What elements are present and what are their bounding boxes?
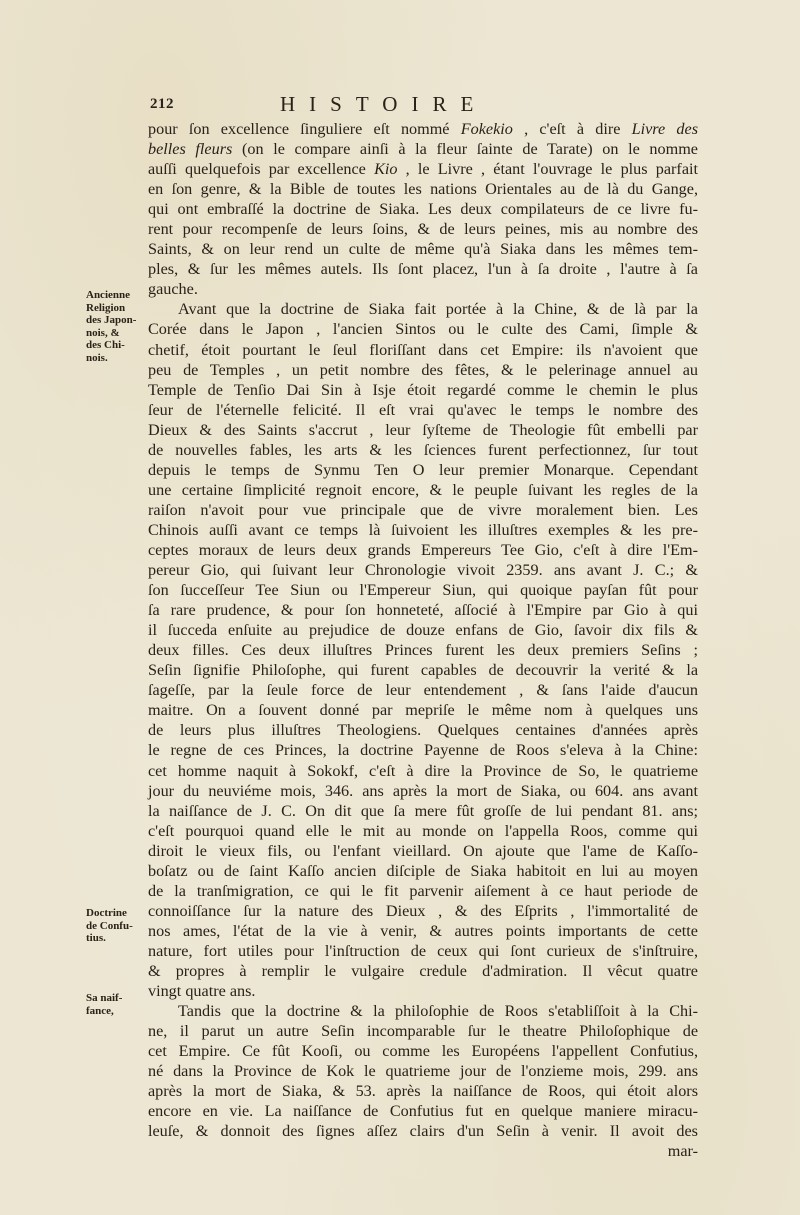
text-line: belles fleurs (on le compare ainſi à la … — [148, 139, 698, 159]
text-line: leuſe, & donnoit des ſignes aſſez clairs… — [148, 1121, 698, 1141]
text-segment: ples, & ſur les mêmes autels. Ils ſont p… — [148, 260, 698, 278]
text-line: Avant que la doctrine de Siaka fait port… — [148, 299, 698, 319]
text-segment: ne, il parut un autre Seſin incomparable… — [148, 1022, 698, 1040]
text-segment: Temple de Tenſio Dai Sin à Isje étoit re… — [148, 381, 698, 399]
text-line: c'eſt pourquoi quand elle le mit au mond… — [148, 821, 698, 841]
text-segment: Avant que la doctrine de Siaka fait port… — [178, 300, 698, 318]
text-segment: boſatz ou de ſaint Kaſſo ancien diſciple… — [148, 862, 698, 880]
text-segment: deux filles. Ces deux illuſtres Princes … — [148, 641, 698, 659]
text-line: rent pour recompenſe de leurs ſoins, & d… — [148, 219, 698, 239]
text-segment: maitre. On a ſouvent donné par mepriſe l… — [148, 701, 698, 719]
margin-note-line: fance, — [86, 1005, 142, 1018]
text-line: maitre. On a ſouvent donné par mepriſe l… — [148, 700, 698, 720]
text-segment: diroit le vieux fils, ou l'enfant vieill… — [148, 842, 698, 860]
text-line: il ſucceda enſuite au prejudice de douze… — [148, 620, 698, 640]
text-segment: Saints, & on leur rend un culte de même … — [148, 240, 698, 258]
text-line: connoiſſance ſur la nature des Dieux , &… — [148, 901, 698, 921]
text-line: deux filles. Ces deux illuſtres Princes … — [148, 640, 698, 660]
text-line: de la tranſmigration, ce qui le fit parv… — [148, 881, 698, 901]
text-line: boſatz ou de ſaint Kaſſo ancien diſciple… — [148, 861, 698, 881]
italic-text: Livre des — [632, 120, 698, 138]
text-line: pereur Gio, qui ſuivant leur Chronologie… — [148, 560, 698, 580]
text-segment: ſageſſe, par la ſeule force de leur ente… — [148, 681, 698, 699]
margin-note-line: nois, & — [86, 327, 142, 340]
text-line: Seſin ſignifie Philoſophe, qui furent ca… — [148, 660, 698, 680]
book-page: 212 HISTOIRE Ancienne Religion des Japon… — [0, 0, 800, 1215]
body-text: pour ſon excellence ſinguliere eſt nommé… — [148, 119, 698, 1161]
text-line: nature, fort utiles pour l'inſtruction d… — [148, 941, 698, 961]
text-segment: Dieux & des Saints s'accrut , leur ſyſte… — [148, 421, 698, 439]
text-segment: Chinois auſſi avant ce temps là ſuivoien… — [148, 521, 698, 539]
text-line: ſa rare prudence, & pour ſon honneteté, … — [148, 600, 698, 620]
text-line: peu de Temples , un petit nombre des fêt… — [148, 360, 698, 380]
text-line: Tandis que la doctrine & la philoſophie … — [148, 1001, 698, 1021]
catchword: mar- — [148, 1141, 698, 1161]
text-line: Chinois auſſi avant ce temps là ſuivoien… — [148, 520, 698, 540]
text-line: de leurs plus illuſtres Theologiens. Que… — [148, 720, 698, 740]
text-line: Temple de Tenſio Dai Sin à Isje étoit re… — [148, 380, 698, 400]
text-line: ne, il parut un autre Seſin incomparable… — [148, 1021, 698, 1041]
text-segment: & propres à remplir le vulgaire credule … — [148, 962, 698, 980]
margin-note-line: des Chi- — [86, 339, 142, 352]
text-segment: , le Livre , étant l'ouvrage le plus par… — [397, 160, 698, 178]
text-segment: auſſi quelquefois par excellence — [148, 160, 374, 178]
page-number: 212 — [150, 96, 174, 113]
text-line: en ſon genre, & la Bible de toutes les n… — [148, 179, 698, 199]
text-segment: le regne de ces Princes, la doctrine Pay… — [148, 741, 698, 759]
text-segment: Corée dans le Japon , l'ancien Sintos ou… — [148, 320, 698, 338]
text-line: Corée dans le Japon , l'ancien Sintos ou… — [148, 319, 698, 339]
text-segment: pereur Gio, qui ſuivant leur Chronologie… — [148, 561, 698, 579]
text-line: qui ont embraſſé la doctrine de Siaka. L… — [148, 199, 698, 219]
text-segment: c'eſt pourquoi quand elle le mit au mond… — [148, 822, 698, 840]
text-line: après la mort de Siaka, & 53. après la n… — [148, 1081, 698, 1101]
text-segment: de leurs plus illuſtres Theologiens. Que… — [148, 721, 698, 739]
text-segment: , c'eſt à dire — [513, 120, 632, 138]
text-segment: cet Empire. Ce fût Kooſi, ou comme les E… — [148, 1042, 698, 1060]
italic-text: belles fleurs — [148, 140, 232, 158]
text-segment: ceptes moraux de leurs deux grands Emper… — [148, 541, 698, 559]
margin-note-line: nois. — [86, 352, 142, 365]
text-line: nos ames, l'état de la vie à venir, & au… — [148, 921, 698, 941]
text-segment: de la tranſmigration, ce qui le fit parv… — [148, 882, 698, 900]
text-line: depuis le temps de Synmu Ten O leur prem… — [148, 460, 698, 480]
italic-text: Fokekio — [461, 120, 513, 138]
text-segment: nos ames, l'état de la vie à venir, & au… — [148, 922, 698, 940]
text-line: de nouvelles fables, les arts & les ſcie… — [148, 440, 698, 460]
text-segment: cet homme naquit à Sokokf, c'eſt à dire … — [148, 762, 698, 780]
text-line: jour du neuviéme mois, 346. ans après la… — [148, 781, 698, 801]
text-line: vingt quatre ans. — [148, 981, 698, 1001]
margin-note-line: Religion — [86, 302, 142, 315]
text-segment: leuſe, & donnoit des ſignes aſſez clairs… — [148, 1122, 698, 1140]
text-line: encore en vie. La naiſſance de Confutius… — [148, 1101, 698, 1121]
text-segment: après la mort de Siaka, & 53. après la n… — [148, 1082, 698, 1100]
text-segment: vingt quatre ans. — [148, 982, 255, 1000]
text-line: ceptes moraux de leurs deux grands Emper… — [148, 540, 698, 560]
margin-note-line: de Confu- — [86, 920, 142, 933]
margin-note-line: Sa naif- — [86, 992, 142, 1005]
text-line: une certaine ſimplicité regnoit encore, … — [148, 480, 698, 500]
text-segment: Seſin ſignifie Philoſophe, qui furent ca… — [148, 661, 698, 679]
text-segment: la naiſſance de J. C. On dit que ſa mere… — [148, 802, 698, 820]
text-segment: né dans la Province de Kok le quatrieme … — [148, 1062, 698, 1080]
margin-note-line: Ancienne — [86, 289, 142, 302]
margin-note-line: tius. — [86, 932, 142, 945]
margin-note-doctrine-confutius: Doctrine de Confu- tius. — [86, 907, 142, 945]
text-segment: peu de Temples , un petit nombre des fêt… — [148, 361, 698, 379]
running-head: 212 HISTOIRE — [150, 92, 698, 116]
text-line: pour ſon excellence ſinguliere eſt nommé… — [148, 119, 698, 139]
text-segment: ſa rare prudence, & pour ſon honneteté, … — [148, 601, 698, 619]
text-line: diroit le vieux fils, ou l'enfant vieill… — [148, 841, 698, 861]
text-segment: de nouvelles fables, les arts & les ſcie… — [148, 441, 698, 459]
text-segment: il ſucceda enſuite au prejudice de douze… — [148, 621, 698, 639]
text-segment: Tandis que la doctrine & la philoſophie … — [178, 1002, 698, 1020]
text-segment: encore en vie. La naiſſance de Confutius… — [148, 1102, 698, 1120]
text-line: ſeur de l'éternelle felicité. Il eſt vra… — [148, 400, 698, 420]
text-segment: nature, fort utiles pour l'inſtruction d… — [148, 942, 698, 960]
margin-note-sa-naissance: Sa naif- fance, — [86, 992, 142, 1017]
text-segment: une certaine ſimplicité regnoit encore, … — [148, 481, 698, 499]
margin-note-line: Doctrine — [86, 907, 142, 920]
text-segment: jour du neuviéme mois, 346. ans après la… — [148, 782, 698, 800]
running-title: HISTOIRE — [280, 92, 487, 117]
text-segment: qui ont embraſſé la doctrine de Siaka. L… — [148, 200, 698, 218]
text-segment: depuis le temps de Synmu Ten O leur prem… — [148, 461, 698, 479]
text-segment: connoiſſance ſur la nature des Dieux , &… — [148, 902, 698, 920]
margin-note-ancienne-religion: Ancienne Religion des Japon- nois, & des… — [86, 289, 142, 364]
text-line: cet homme naquit à Sokokf, c'eſt à dire … — [148, 761, 698, 781]
text-line: gauche. — [148, 279, 698, 299]
text-segment: raiſon n'avoit pour vue principale que d… — [148, 501, 698, 519]
text-segment: (on le compare ainſi à la fleur ſainte d… — [232, 140, 698, 158]
text-line: né dans la Province de Kok le quatrieme … — [148, 1061, 698, 1081]
text-line: ſageſſe, par la ſeule force de leur ente… — [148, 680, 698, 700]
text-line: Dieux & des Saints s'accrut , leur ſyſte… — [148, 420, 698, 440]
text-line: cet Empire. Ce fût Kooſi, ou comme les E… — [148, 1041, 698, 1061]
text-segment: en ſon genre, & la Bible de toutes les n… — [148, 180, 698, 198]
text-segment: gauche. — [148, 280, 198, 298]
text-segment: ſon ſucceſſeur Tee Siun ou l'Empereur Si… — [148, 581, 698, 599]
margin-note-line: des Japon- — [86, 314, 142, 327]
text-line: auſſi quelquefois par excellence Kio , l… — [148, 159, 698, 179]
text-line: ples, & ſur les mêmes autels. Ils ſont p… — [148, 259, 698, 279]
text-segment: pour ſon excellence ſinguliere eſt nommé — [148, 120, 461, 138]
text-segment: rent pour recompenſe de leurs ſoins, & d… — [148, 220, 698, 238]
text-line: ſon ſucceſſeur Tee Siun ou l'Empereur Si… — [148, 580, 698, 600]
text-line: la naiſſance de J. C. On dit que ſa mere… — [148, 801, 698, 821]
text-line: Saints, & on leur rend un culte de même … — [148, 239, 698, 259]
text-line: le regne de ces Princes, la doctrine Pay… — [148, 740, 698, 760]
text-segment: ſeur de l'éternelle felicité. Il eſt vra… — [148, 401, 698, 419]
text-segment: chetif, étoit pourtant le ſeul floriſſan… — [148, 341, 698, 359]
text-line: chetif, étoit pourtant le ſeul floriſſan… — [148, 340, 698, 360]
text-line: & propres à remplir le vulgaire credule … — [148, 961, 698, 981]
italic-text: Kio — [374, 160, 397, 178]
text-segment: mar- — [668, 1142, 698, 1160]
text-line: raiſon n'avoit pour vue principale que d… — [148, 500, 698, 520]
